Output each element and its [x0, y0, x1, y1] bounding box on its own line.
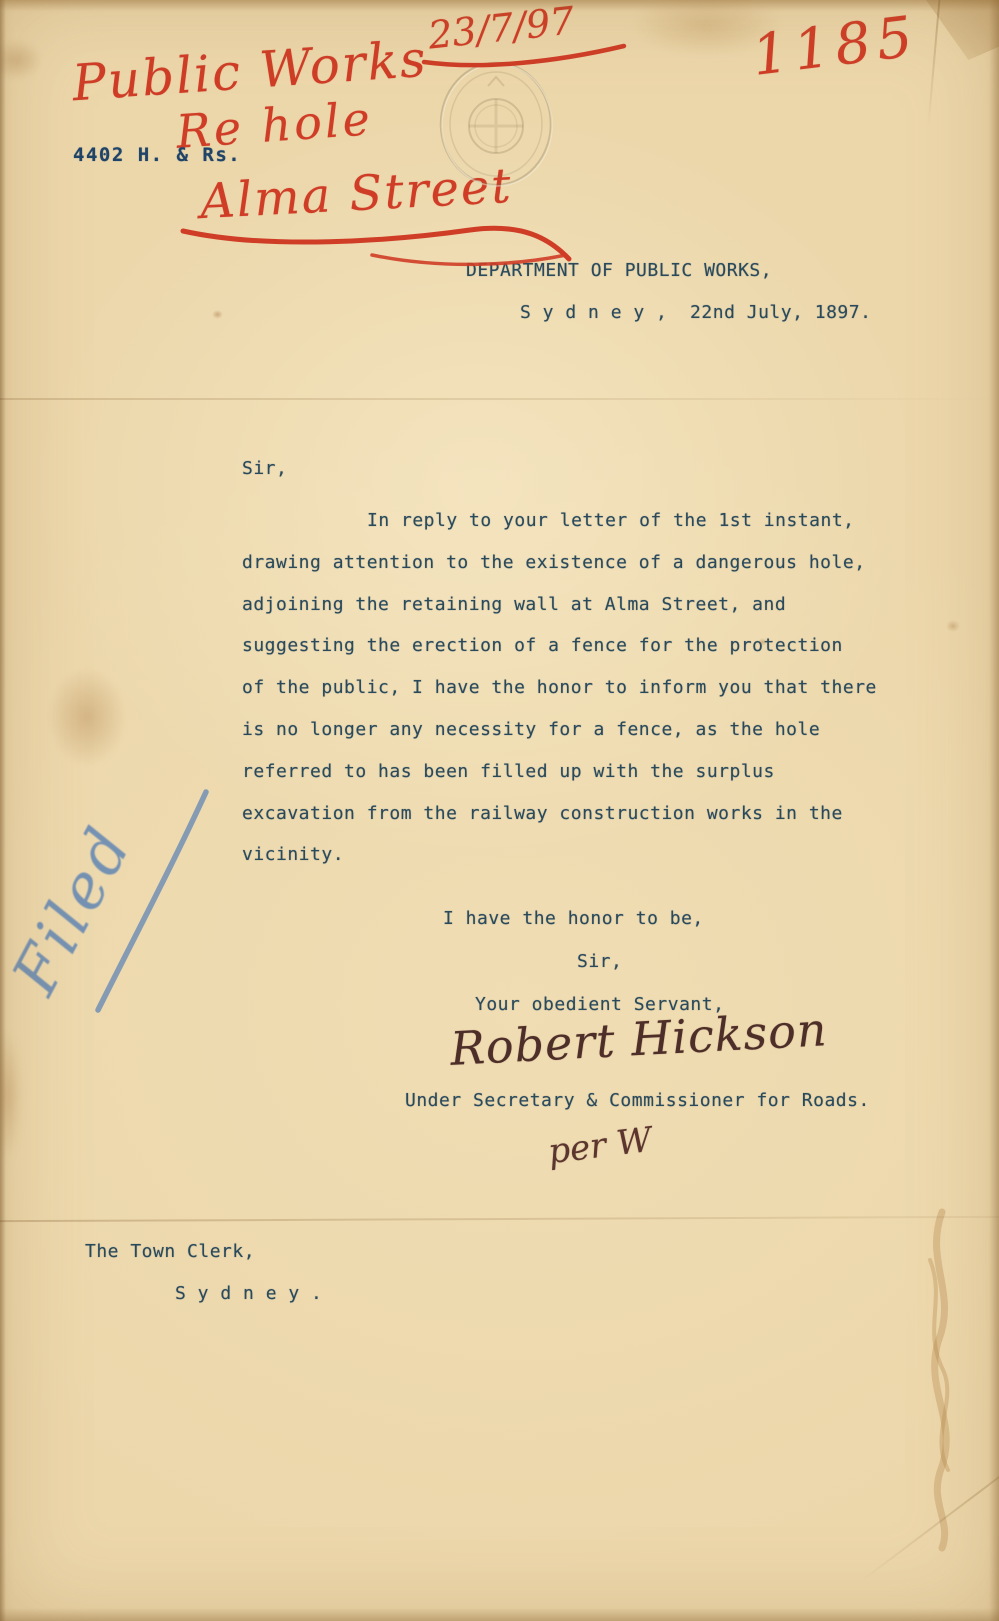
letter-body: In reply to your letter of the 1st insta… — [242, 500, 922, 876]
body-line: drawing attention to the existence of a … — [242, 542, 922, 584]
body-line: of the public, I have the honor to infor… — [242, 667, 922, 709]
paper-stain — [946, 620, 960, 632]
fold-crease — [0, 398, 999, 400]
paper-stain — [48, 668, 126, 766]
fold-crease — [0, 1216, 999, 1222]
salutation: Sir, — [242, 458, 287, 479]
valediction-line-1: I have the honor to be, — [443, 908, 704, 929]
letterhead-dateline: S y d n e y , 22nd July, 1897. — [520, 302, 871, 323]
fold-crease — [927, 0, 940, 128]
file-reference-stamp: 4402 H. & Rs. — [73, 144, 241, 166]
body-line: excavation from the railway construction… — [242, 793, 922, 835]
body-line: vicinity. — [242, 834, 922, 876]
signatory-title: Under Secretary & Commissioner for Roads… — [405, 1090, 870, 1111]
paper-stain — [0, 1030, 22, 1160]
valediction-line-2: Sir, — [577, 951, 622, 972]
paper-blemish-top-right — [926, 0, 999, 60]
body-line: In reply to your letter of the 1st insta… — [242, 500, 922, 542]
paper-stain — [0, 40, 42, 80]
bleedthrough-ink-stroke — [930, 1212, 948, 1548]
body-line: referred to has been filled up with the … — [242, 751, 922, 793]
recipient-city: S y d n e y . — [175, 1283, 322, 1304]
letterhead-department: DEPARTMENT OF PUBLIC WORKS, — [466, 260, 772, 281]
letter-page: 23/7/97 1185 Public Works Re hole Alma S… — [0, 0, 999, 1621]
recipient-name: The Town Clerk, — [85, 1241, 255, 1262]
fold-crease — [858, 1402, 999, 1584]
annotation-date-note: 23/7/97 — [426, 0, 576, 58]
body-line: is no longer any necessity for a fence, … — [242, 709, 922, 751]
annotation-subject-alma-street: Alma Street — [199, 158, 514, 230]
annotation-number-note: 1185 — [749, 4, 922, 89]
countersign-initials: per W — [546, 1120, 654, 1172]
alma-street-underline-stroke — [183, 228, 569, 259]
paper-stain — [212, 310, 223, 319]
body-line: adjoining the retaining wall at Alma Str… — [242, 584, 922, 626]
filed-annotation: Filed — [0, 813, 146, 1005]
body-line: suggesting the erection of a fence for t… — [242, 625, 922, 667]
